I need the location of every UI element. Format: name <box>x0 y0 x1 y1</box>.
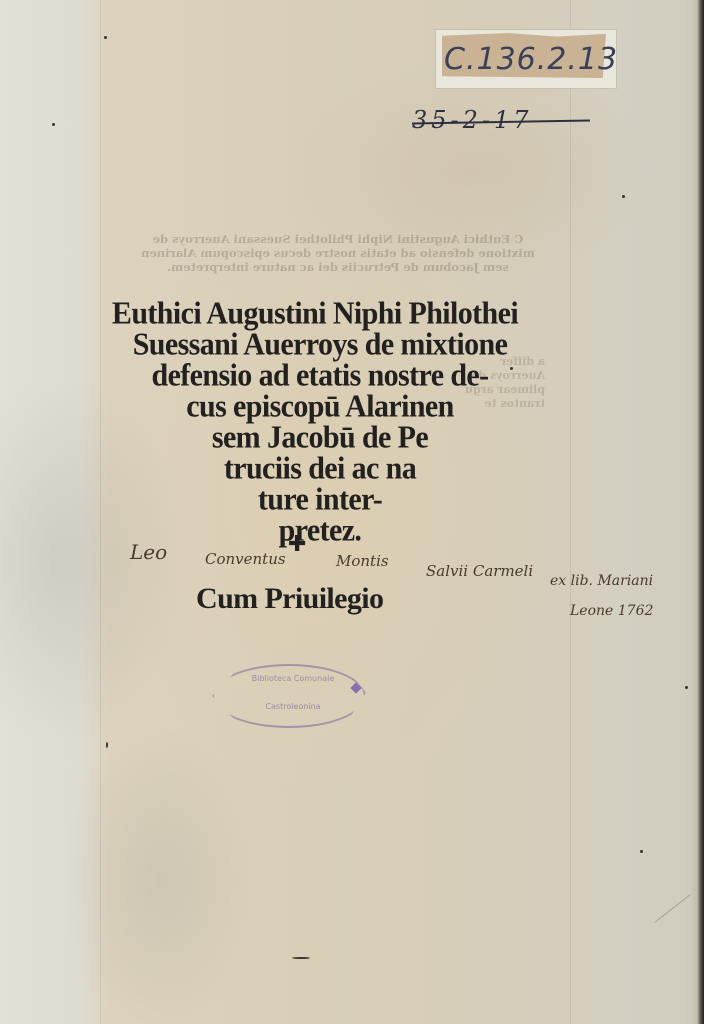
title-line: Euthici Augustini Niphi Philothei <box>90 297 540 330</box>
paper-speck <box>52 123 55 126</box>
paper-speck <box>104 36 107 39</box>
show-through-line: mixtione defensio ad etatis nostre decus… <box>128 246 548 260</box>
manuscript-note: Salvii Carmeli <box>426 562 533 580</box>
title-line: defensio ad etatis nostre de- <box>100 359 540 392</box>
stamp-text: Biblioteca Comunale <box>228 674 358 683</box>
title-line: cus episcopū Alarinen <box>100 390 540 423</box>
paper-speck <box>622 195 625 198</box>
stamp-text: Castroleonina <box>228 702 358 711</box>
fold-line <box>570 0 571 1024</box>
paper-speck <box>510 367 513 370</box>
shelfmark-text: C.136.2.13 <box>444 42 634 77</box>
show-through-line: C Euthici Augustini Niphi Philothei Sues… <box>128 232 548 246</box>
title-line: sem Jacobū de Pe <box>100 421 540 454</box>
page-edge <box>697 0 704 1024</box>
paper-speck <box>685 686 688 689</box>
title-line: truciis dei ac na <box>100 452 540 485</box>
manuscript-note: ex lib. Mariani <box>550 573 653 589</box>
manuscript-note: Leo <box>130 540 167 564</box>
paper-speck <box>106 742 108 748</box>
privilege-line: Cum Priuilegio <box>196 582 426 616</box>
title-block: Euthici Augustini Niphi Philothei Suessa… <box>100 298 540 546</box>
paper-speck <box>292 957 310 959</box>
manuscript-note: Conventus <box>205 550 286 568</box>
cross-icon: ✚ <box>288 532 306 557</box>
paper-speck <box>640 850 643 853</box>
show-through-text: C Euthici Augustini Niphi Philothei Sues… <box>128 232 548 274</box>
manuscript-note: Montis <box>336 552 389 570</box>
title-line: ture inter- <box>100 483 540 516</box>
title-line: Suessani Auerroys de mixtione <box>100 328 540 361</box>
manuscript-signature: Leone 1762 <box>570 603 653 619</box>
show-through-line: sem Jacobum de Petruciis dei ac nature i… <box>128 260 548 274</box>
